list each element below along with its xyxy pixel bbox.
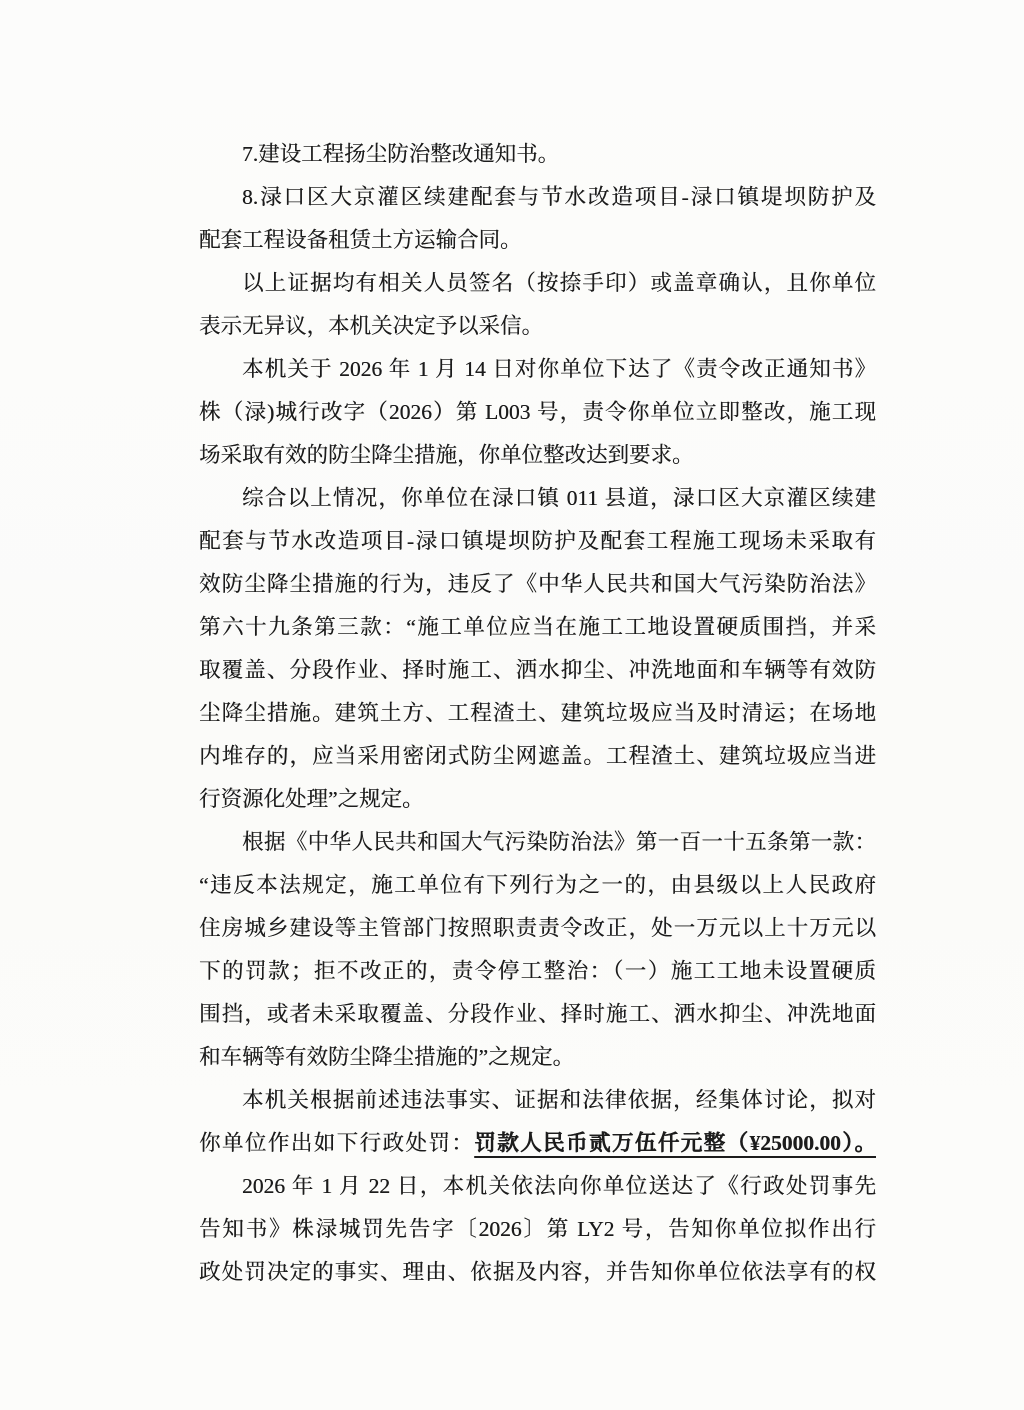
- text-line: 效防尘降尘措施的行为，违反了《中华人民共和国大气污染防治法》: [199, 563, 876, 606]
- text-line: 配套工程设备租赁土方运输合同。: [199, 219, 876, 262]
- text-line: 以上证据均有相关人员签名（按捺手印）或盖章确认，且你单位: [199, 262, 876, 305]
- text-line: 2026 年 1 月 22 日，本机关依法向你单位送达了《行政处罚事先: [199, 1165, 876, 1208]
- text-line: 表示无异议，本机关决定予以采信。: [199, 305, 876, 348]
- text-line: 第六十九条第三款：“施工单位应当在施工工地设置硬质围挡，并采: [199, 606, 876, 649]
- text-line: 住房城乡建设等主管部门按照职责责令改正，处一万元以上十万元以: [199, 907, 876, 950]
- text-line: 7.建设工程扬尘防治整改通知书。: [199, 133, 876, 176]
- text-line: 场采取有效的防尘降尘措施，你单位整改达到要求。: [199, 434, 876, 477]
- document-text: 7.建设工程扬尘防治整改通知书。 8.渌口区大京灌区续建配套与节水改造项目-渌口…: [199, 133, 876, 1294]
- document-page: 7.建设工程扬尘防治整改通知书。 8.渌口区大京灌区续建配套与节水改造项目-渌口…: [0, 0, 1024, 1410]
- text-line: 行资源化处理”之规定。: [199, 778, 876, 821]
- penalty-line-prefix: 你单位作出如下行政处罚：: [199, 1131, 474, 1155]
- text-line: 尘降尘措施。建筑土方、工程渣土、建筑垃圾应当及时清运；在场地: [199, 692, 876, 735]
- text-line: 配套与节水改造项目-渌口镇堤坝防护及配套工程施工现场未采取有: [199, 520, 876, 563]
- text-line: 和车辆等有效防尘降尘措施的”之规定。: [199, 1036, 876, 1079]
- penalty-amount: 罚款人民币贰万伍仟元整（¥25000.00）。: [474, 1131, 876, 1155]
- text-line: “违反本法规定，施工单位有下列行为之一的，由县级以上人民政府: [199, 864, 876, 907]
- text-line: 本机关于 2026 年 1 月 14 日对你单位下达了《责令改正通知书》: [199, 348, 876, 391]
- text-line: 下的罚款；拒不改正的，责令停工整治：（一）施工工地未设置硬质: [199, 950, 876, 993]
- text-line: 告知书》株渌城罚先告字〔2026〕第 LY2 号，告知你单位拟作出行: [199, 1208, 876, 1251]
- text-line: 综合以上情况，你单位在渌口镇 011 县道，渌口区大京灌区续建: [199, 477, 876, 520]
- text-line: 取覆盖、分段作业、择时施工、洒水抑尘、冲洗地面和车辆等有效防: [199, 649, 876, 692]
- text-line: 8.渌口区大京灌区续建配套与节水改造项目-渌口镇堤坝防护及: [199, 176, 876, 219]
- text-line: 政处罚决定的事实、理由、依据及内容，并告知你单位依法享有的权: [199, 1251, 876, 1294]
- text-line: 株（渌)城行改字（2026）第 L003 号，责令你单位立即整改，施工现: [199, 391, 876, 434]
- text-line: 围挡，或者未采取覆盖、分段作业、择时施工、洒水抑尘、冲洗地面: [199, 993, 876, 1036]
- text-line: 根据《中华人民共和国大气污染防治法》第一百一十五条第一款：: [199, 821, 876, 864]
- text-line: 本机关根据前述违法事实、证据和法律依据，经集体讨论，拟对: [199, 1079, 876, 1122]
- text-line: 内堆存的，应当采用密闭式防尘网遮盖。工程渣土、建筑垃圾应当进: [199, 735, 876, 778]
- penalty-line: 你单位作出如下行政处罚：罚款人民币贰万伍仟元整（¥25000.00）。: [199, 1122, 876, 1165]
